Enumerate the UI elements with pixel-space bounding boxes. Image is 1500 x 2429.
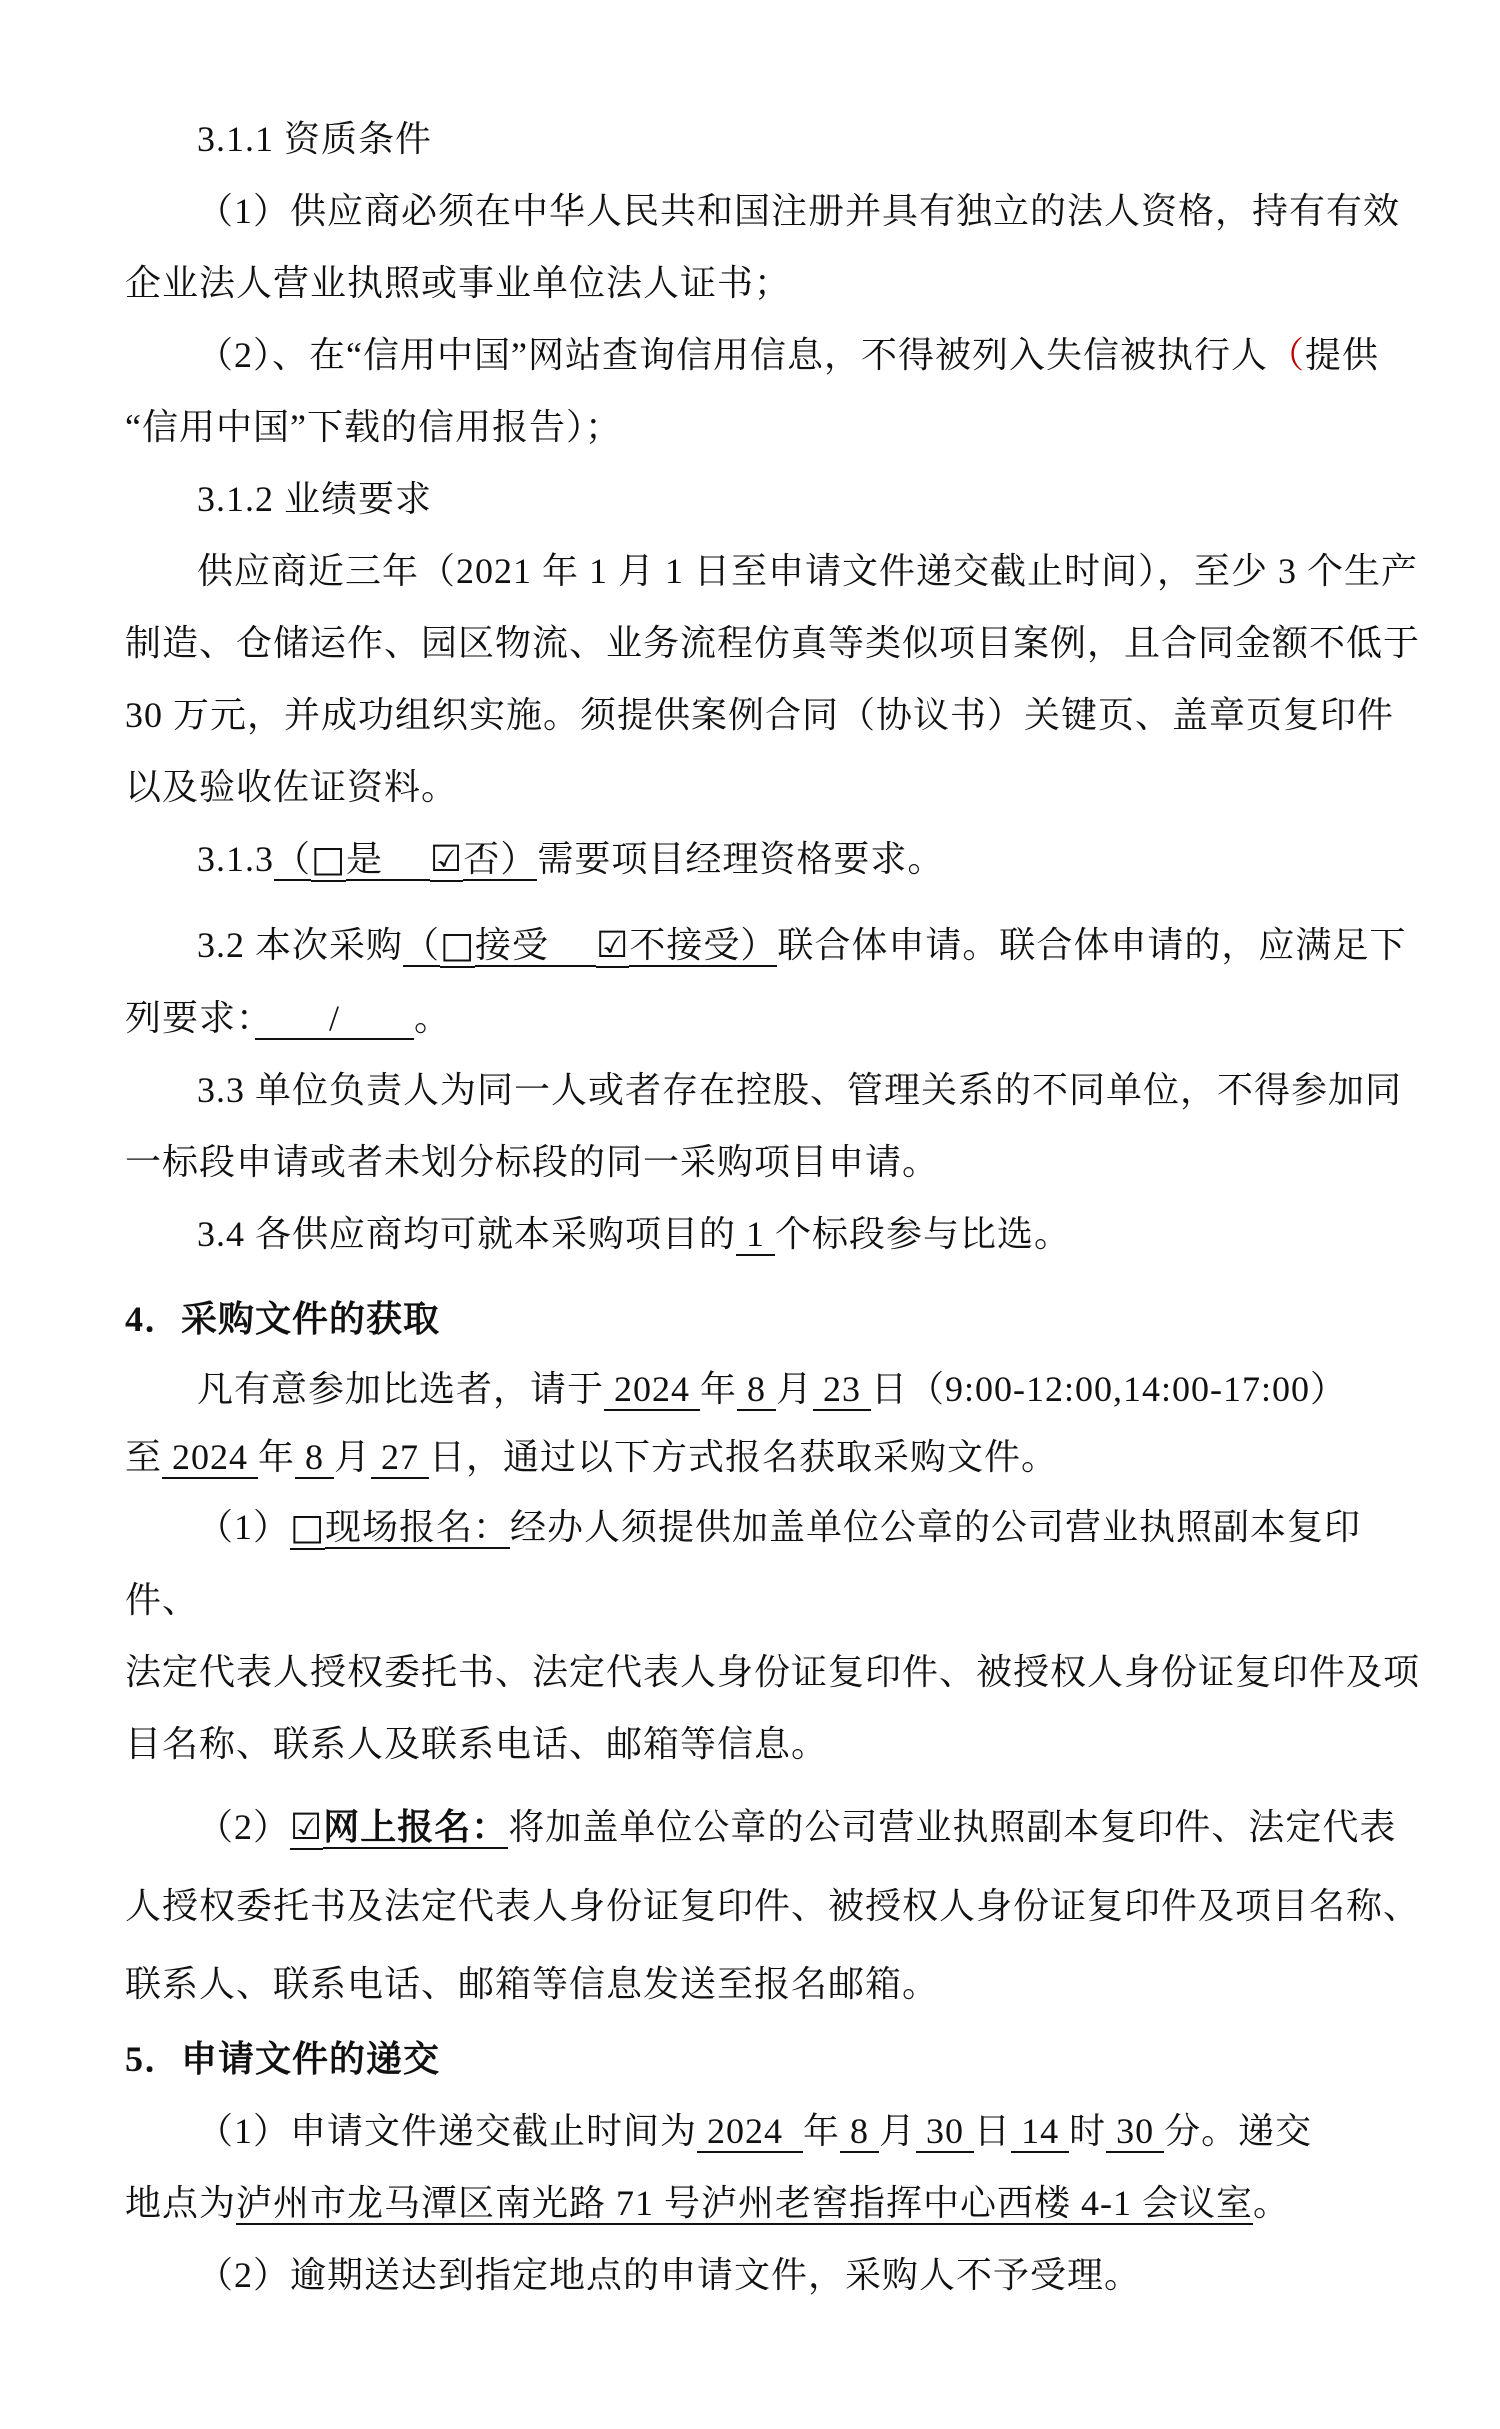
checkbox-checked-icon: ☑ (290, 1807, 323, 1850)
underlined-text: 14 (1011, 2111, 1069, 2153)
text-run: 分。递交 (1164, 2111, 1312, 2151)
underlined-text: 网上报名： (323, 1807, 508, 1849)
text-run: 月 (334, 1437, 371, 1477)
underlined-text: 2024 (162, 1437, 258, 1479)
underlined-text: 8 (295, 1437, 334, 1479)
para-4-item-2: （2）☑网上报名：将加盖单位公章的公司营业执照副本复印件、法定代表人授权委托书及… (125, 1788, 1423, 2023)
para-3-4: 3.4 各供应商均可就本采购项目的 1 个标段参与比选。 (125, 1198, 1423, 1270)
text-run: 至 (125, 1437, 162, 1477)
para-3-1-1-item-2: （2）、在“信用中国”网站查询信用信息，不得被列入失信被执行人（提供“信用中国”… (125, 319, 1423, 463)
text-run: 。 (414, 998, 451, 1038)
underlined-text: （ (274, 839, 311, 881)
para-3-2: 3.2 本次采购（□接受 ☑不接受）联合体申请。联合体申请的，应满足下列要求： … (125, 909, 1423, 1054)
text-run: 提供 (1305, 335, 1379, 375)
text-run: 年 (258, 1437, 295, 1477)
text-run: 联合体申请。联合体申请的，应满足下 (777, 925, 1406, 965)
para-3-1-3: 3.1.3（□是 ☑否）需要项目经理资格要求。 (125, 823, 1423, 896)
text-run: 。 (1253, 2183, 1290, 2223)
document-page: { "page": { "background": "#ffffff", "te… (0, 0, 1500, 2429)
text-run: 将加盖单位公章的公司营业执照副本复印件、法定代表 (508, 1807, 1396, 1847)
text-run: 一标段申请或者未划分标段的同一采购项目申请。 (125, 1142, 939, 1182)
text-run: 月 (879, 2111, 916, 2151)
text-run: （ (1268, 335, 1305, 375)
underlined-text: 27 (371, 1437, 429, 1479)
underlined-text: 30 (1106, 2111, 1164, 2153)
para-3-1-1-item-1: （1）供应商必须在中华人民共和国注册并具有独立的法人资格，持有有效企业法人营业执… (125, 175, 1423, 319)
text-run: 企业法人营业执照或事业单位法人证书； (125, 263, 791, 303)
underlined-text: 8 (840, 2111, 879, 2153)
text-run: （2） (197, 1807, 290, 1847)
para-3-3: 3.3 单位负责人为同一人或者存在控股、管理关系的不同单位，不得参加同一标段申请… (125, 1054, 1423, 1198)
text-run: 月 (776, 1369, 813, 1409)
text-run: 制造、仓储运作、园区物流、业务流程仿真等类似项目案例，且合同金额不低于 (125, 623, 1420, 663)
heading-4: 4．采购文件的获取 (125, 1283, 1423, 1355)
underlined-text: 是 (346, 839, 430, 881)
checkbox-unchecked-icon: □ (290, 1507, 325, 1550)
underlined-text: 泸州市龙马潭区南光路 71 号泸州老窖指挥中心西楼 4-1 会议室 (236, 2183, 1253, 2225)
text-run: 年 (803, 2111, 840, 2151)
underlined-text: 否） (463, 839, 537, 881)
text-run: 3.2 本次采购 (197, 925, 403, 965)
text-run: 列要求： (125, 998, 255, 1038)
para-3-1-2-body: 供应商近三年（2021 年 1 月 1 日至申请文件递交截止时间），至少 3 个… (125, 535, 1423, 823)
text-run: 3.1.1 资质条件 (197, 119, 432, 159)
text-run: 供应商近三年（2021 年 1 月 1 日至申请文件递交截止时间），至少 3 个… (197, 551, 1418, 591)
text-run: （1）供应商必须在中华人民共和国注册并具有独立的法人资格，持有有效 (197, 191, 1400, 231)
underlined-text: 接受 (475, 925, 596, 967)
text-run: 3.1.2 业绩要求 (197, 479, 432, 519)
text-run: 日，通过以下方式报名获取采购文件。 (429, 1437, 1058, 1477)
para-3-1-2-title: 3.1.2 业绩要求 (125, 463, 1423, 535)
underlined-text: 不接受） (629, 925, 777, 967)
text-run: 3.1.3 (197, 839, 274, 879)
underlined-text: 2024 (604, 1369, 700, 1411)
underlined-text: 现场报名： (325, 1507, 510, 1549)
heading-5: 5．申请文件的递交 (125, 2023, 1423, 2095)
underlined-text: 30 (916, 2111, 974, 2153)
text-run: 地点为 (125, 2183, 236, 2223)
text-run: 5．申请文件的递交 (125, 2039, 440, 2079)
text-run: 凡有意参加比选者，请于 (197, 1369, 604, 1409)
para-3-1-1-title: 3.1.1 资质条件 (125, 103, 1423, 175)
text-run: 日 (974, 2111, 1011, 2151)
text-run: 人授权委托书及法定代表人身份证复印件、被授权人身份证复印件及项目名称、 (125, 1886, 1420, 1926)
document-body: 3.1.1 资质条件（1）供应商必须在中华人民共和国注册并具有独立的法人资格，持… (125, 103, 1423, 2311)
checkbox-checked-icon: ☑ (430, 839, 463, 882)
text-run: 4．采购文件的获取 (125, 1299, 440, 1339)
underlined-text: （ (403, 925, 440, 967)
checkbox-checked-icon: ☑ (596, 925, 629, 968)
text-run: “信用中国”下载的信用报告）； (125, 407, 622, 447)
text-run: （2）逾期送达到指定地点的申请文件，采购人不予受理。 (197, 2255, 1141, 2295)
underlined-text: 1 (736, 1214, 775, 1256)
text-run: 个标段参与比选。 (775, 1214, 1071, 1254)
text-run: 日（9:00-12:00,14:00-17:00） (871, 1369, 1347, 1409)
underlined-text: 2024 (697, 2111, 803, 2153)
para-5-item-2: （2）逾期送达到指定地点的申请文件，采购人不予受理。 (125, 2239, 1423, 2311)
text-run: 以及验收佐证资料。 (125, 767, 458, 807)
para-4-intro: 凡有意参加比选者，请于 2024 年 8 月 23 日（9:00-12:00,1… (125, 1355, 1423, 1491)
text-run: 联系人、联系电话、邮箱等信息发送至报名邮箱。 (125, 1964, 939, 2004)
text-run: 时 (1069, 2111, 1106, 2151)
text-run: 3.3 单位负责人为同一人或者存在控股、管理关系的不同单位，不得参加同 (197, 1070, 1402, 1110)
para-5-item-1: （1）申请文件递交截止时间为 2024 年 8 月 30 日 14 时 30 分… (125, 2095, 1423, 2239)
checkbox-unchecked-icon: □ (311, 839, 346, 882)
text-run: （1） (197, 1507, 290, 1547)
text-run: （2）、在“信用中国”网站查询信用信息，不得被列入失信被执行人 (197, 335, 1268, 375)
text-run: 目名称、联系人及联系电话、邮箱等信息。 (125, 1724, 828, 1764)
para-4-item-1: （1）□现场报名：经办人须提供加盖单位公章的公司营业执照副本复印件、法定代表人授… (125, 1491, 1423, 1780)
text-run: （1）申请文件递交截止时间为 (197, 2111, 697, 2151)
checkbox-unchecked-icon: □ (440, 925, 475, 968)
underlined-text: 8 (737, 1369, 776, 1411)
text-run: 需要项目经理资格要求。 (537, 839, 944, 879)
text-run: 3.4 各供应商均可就本采购项目的 (197, 1214, 736, 1254)
text-run: 法定代表人授权委托书、法定代表人身份证复印件、被授权人身份证复印件及项 (125, 1652, 1420, 1692)
blank-field: / (255, 998, 414, 1040)
text-run: 年 (700, 1369, 737, 1409)
text-run: 30 万元，并成功组织实施。须提供案例合同（协议书）关键页、盖章页复印件 (125, 695, 1394, 735)
underlined-text: 23 (813, 1369, 871, 1411)
